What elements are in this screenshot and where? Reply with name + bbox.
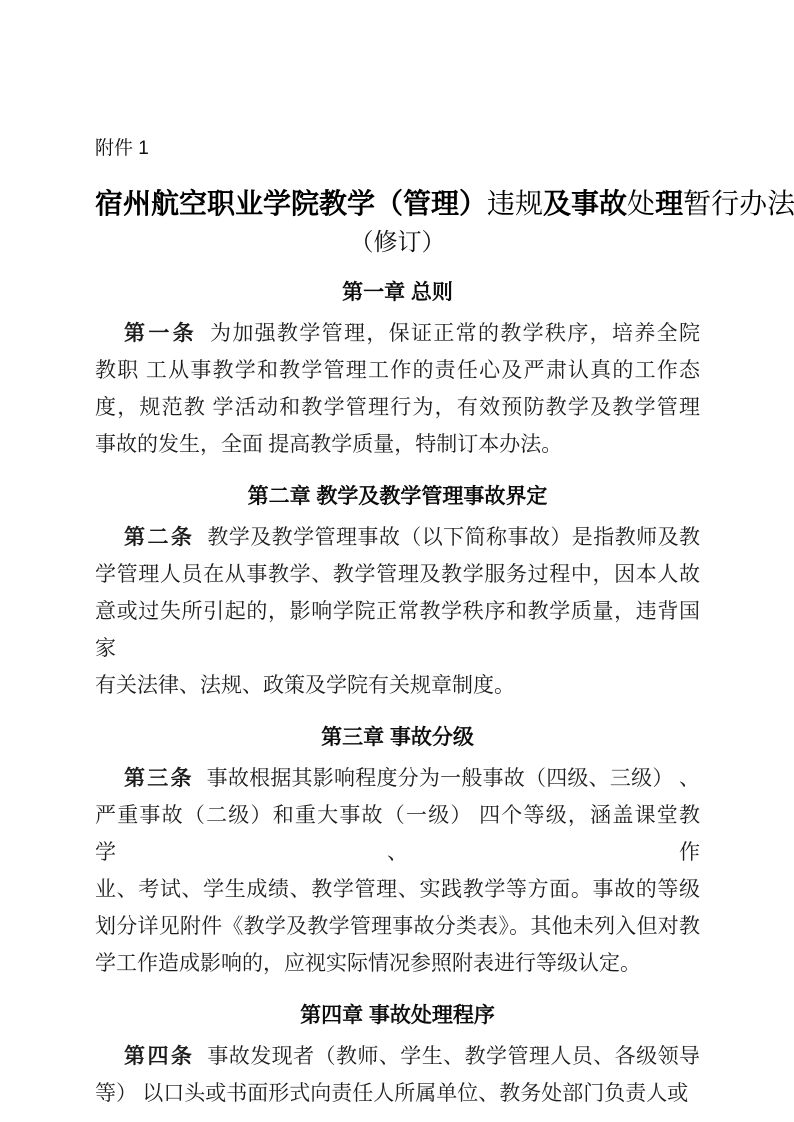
text-line: 等） 以口头或书面形式向责任人所属单位、教务处部门负责人或 <box>95 1075 700 1112</box>
text-line: 业、考试、学生成绩、教学管理、实践教学等方面。事故的等级 <box>95 871 700 908</box>
attachment-label: 附件 1 <box>95 137 700 161</box>
text-line: 划分详见附件《教学及教学管理事故分类表》。其他未列入但对教 <box>95 908 700 945</box>
text-line-content: 教学及教学管理事故（以下简称事故）是指教师及教 <box>207 525 700 549</box>
text-line: 第三条事故根据其影响程度分为一般事故（四级、三级） 、 <box>95 760 700 797</box>
text-line-content: 为加强教学管理，保证正常的教学秩序，培养全院 <box>210 321 700 345</box>
title-segment: 理 <box>655 189 683 220</box>
document-subtitle: （修订） <box>95 227 700 259</box>
text-line-content: 事故发现者（教师、学生、教学管理人员、各级领导 <box>207 1044 700 1068</box>
text-line: 教职 工从事教学和教学管理工作的责任心及严肃认真的工作态 <box>95 352 700 389</box>
text-line: 度，规范教 学活动和教学管理行为，有效预防教学及教学管理 <box>95 389 700 426</box>
chapter-heading-2: 第二章 教学及教学管理事故界定 <box>95 484 700 510</box>
title-segment: 宿州航空职业学院教学（管理） <box>95 189 487 220</box>
text-line: 第二条教学及教学管理事故（以下简称事故）是指教师及教 <box>95 519 700 556</box>
chapter-heading-4: 第四章 事故处理程序 <box>95 1003 700 1029</box>
document-title: 宿州航空职业学院教学（管理）违规及事故处理暂行办法 <box>95 186 700 224</box>
text-line: 第四条事故发现者（教师、学生、教学管理人员、各级领导 <box>95 1038 700 1075</box>
article-number: 第三条 <box>124 766 194 790</box>
title-segment: 处 <box>627 189 655 220</box>
article-number: 第二条 <box>124 525 194 549</box>
text-line: 第一条为加强教学管理，保证正常的教学秩序，培养全院 <box>95 315 700 352</box>
document-page: 附件 1 宿州航空职业学院教学（管理）违规及事故处理暂行办法 （修订） 第一章 … <box>0 0 794 1122</box>
title-segment: 暂行办法 <box>683 189 794 220</box>
text-line-content: 事故根据其影响程度分为一般事故（四级、三级） 、 <box>207 766 700 790</box>
article-number: 第四条 <box>124 1044 194 1068</box>
chapter-heading-1: 第一章 总则 <box>95 280 700 306</box>
text-line: 事故的发生，全面 提高教学质量，特制订本办法。 <box>95 426 700 463</box>
text-line: 意或过失所引起的，影响学院正常教学秩序和教学质量，违背国家 <box>95 593 700 667</box>
text-line: 有关法律、法规、政策及学院有关规章制度。 <box>95 667 700 704</box>
article-paragraph-3: 第三条事故根据其影响程度分为一般事故（四级、三级） 、 严重事故（二级）和重大事… <box>95 760 700 982</box>
text-line: 学工作造成影响的，应视实际情况参照附表进行等级认定。 <box>95 945 700 982</box>
article-number: 第一条 <box>124 321 197 345</box>
text-line: 严重事故（二级）和重大事故（一级） 四个等级，涵盖课堂教学、作 <box>95 797 700 871</box>
title-segment: 违规 <box>487 189 543 220</box>
article-paragraph-2: 第二条教学及教学管理事故（以下简称事故）是指教师及教 学管理人员在从事教学、教学… <box>95 519 700 704</box>
title-segment: 及事故 <box>543 189 627 220</box>
chapter-heading-3: 第三章 事故分级 <box>95 725 700 751</box>
article-paragraph-4: 第四条事故发现者（教师、学生、教学管理人员、各级领导 等） 以口头或书面形式向责… <box>95 1038 700 1112</box>
text-line: 学管理人员在从事教学、教学管理及教学服务过程中，因本人故 <box>95 556 700 593</box>
article-paragraph-1: 第一条为加强教学管理，保证正常的教学秩序，培养全院 教职 工从事教学和教学管理工… <box>95 315 700 463</box>
